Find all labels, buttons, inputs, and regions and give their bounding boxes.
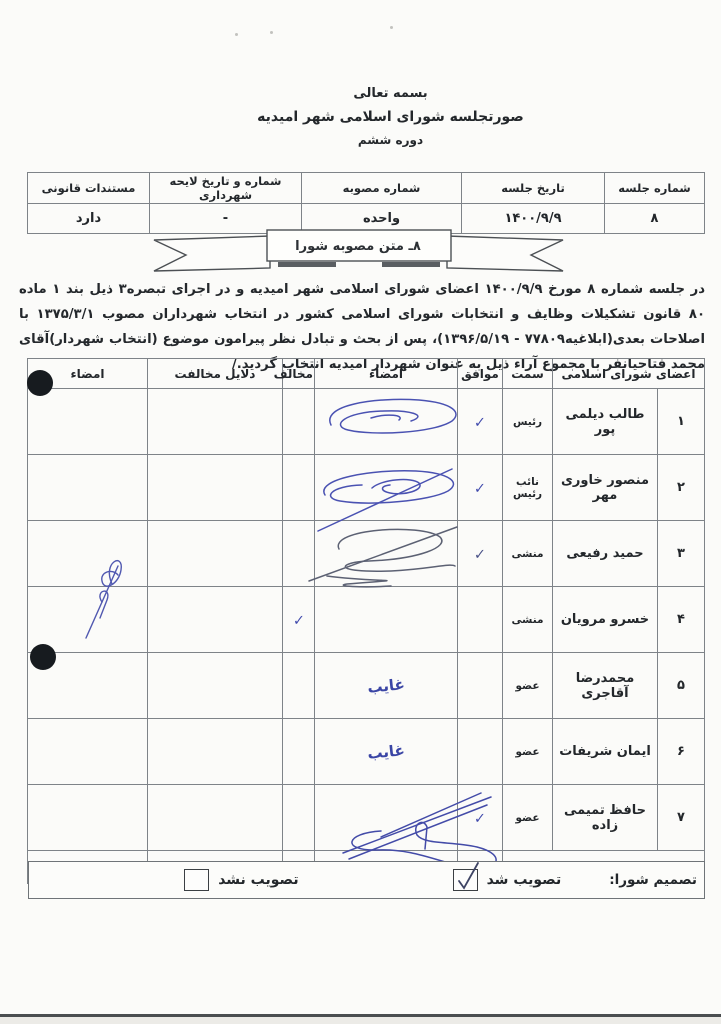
col-header-oppose: مخالف — [283, 359, 315, 389]
scan-speck — [390, 26, 393, 29]
member-role: نائب رئیس — [503, 455, 553, 521]
member-row: ۶ایمان شریفاتعضوغایب — [28, 719, 705, 785]
agree-cell: ✓ — [458, 785, 503, 851]
agree-cell — [458, 587, 503, 653]
member-signature — [313, 393, 463, 443]
oppose-cell: ✓ — [283, 587, 315, 653]
rejected-checkbox — [184, 869, 209, 891]
member-name: ایمان شریفات — [553, 719, 658, 785]
signature2-cell — [28, 785, 148, 851]
scan-speck — [235, 33, 238, 36]
signature2-cell — [28, 719, 148, 785]
agree-cell: ✓ — [458, 389, 503, 455]
signature-cell — [315, 785, 458, 851]
signature-khosrow-marvian — [72, 544, 144, 642]
signature-cell — [315, 587, 458, 653]
agree-cell: ✓ — [458, 455, 503, 521]
opposition-reasons-cell — [148, 653, 283, 719]
opposition-reasons-cell — [148, 389, 283, 455]
agree-checkmark: ✓ — [474, 547, 486, 564]
opposition-reasons-cell — [148, 587, 283, 653]
agree-checkmark: ✓ — [474, 481, 486, 498]
member-name: حمید رفیعی — [553, 521, 658, 587]
member-role: عضو — [503, 785, 553, 851]
info-value-legal-documents: دارد — [28, 204, 150, 234]
oppose-cell — [283, 653, 315, 719]
page-title: صورتجلسه شورای اسلامی شهر امیدیه — [60, 109, 721, 125]
session-info-table: شماره جلسه تاریخ جلسه شماره مصوبه شماره … — [27, 172, 705, 234]
opposition-reasons-cell — [148, 455, 283, 521]
col-header-members: اعضای شورای اسلامی — [553, 359, 705, 389]
member-name: حافظ تمیمی زاده — [553, 785, 658, 851]
decision-label: تصمیم شورا: — [609, 872, 697, 888]
members-table-wrap: اعضای شورای اسلامی سمت موافق امضاء مخالف… — [28, 358, 705, 884]
agree-cell: ✓ — [458, 521, 503, 587]
opposition-reasons-cell — [148, 521, 283, 587]
member-row: ۱طالب دیلمی پوررئیس✓ — [28, 389, 705, 455]
opposition-reasons-cell — [148, 719, 283, 785]
member-number: ۶ — [658, 719, 705, 785]
member-role: رئیس — [503, 389, 553, 455]
opposition-reasons-cell — [148, 785, 283, 851]
member-role: منشی — [503, 587, 553, 653]
approved-label: تصویب شد — [487, 872, 562, 888]
oppose-cell — [283, 785, 315, 851]
member-signature — [299, 521, 461, 587]
member-name: محمدرضا آقاجری — [553, 653, 658, 719]
signature-cell: غایب — [315, 719, 458, 785]
scan-edge-shadow — [0, 1017, 721, 1024]
signature2-cell — [28, 389, 148, 455]
member-row: ۷حافظ تمیمی زادهعضو✓ — [28, 785, 705, 851]
signature-cell — [315, 389, 458, 455]
document-header: بسمه تعالی صورتجلسه شورای اسلامی شهر امی… — [60, 86, 721, 147]
member-number: ۲ — [658, 455, 705, 521]
approved-checkbox — [453, 869, 478, 891]
member-role: عضو — [503, 719, 553, 785]
col-header-agree: موافق — [458, 359, 503, 389]
member-role: عضو — [503, 653, 553, 719]
oppose-cell — [283, 389, 315, 455]
ribbon-banner: ۸ـ متن مصوبه شورا — [150, 227, 567, 273]
signature-cell — [315, 455, 458, 521]
signature2-cell — [28, 455, 148, 521]
oppose-cell — [283, 455, 315, 521]
member-row: ۵محمدرضا آقاجریعضوغایب — [28, 653, 705, 719]
oppose-cell — [283, 521, 315, 587]
member-number: ۱ — [658, 389, 705, 455]
rejected-option: تصویب نشد — [184, 869, 298, 891]
rejected-label: تصویب نشد — [218, 872, 298, 888]
info-header-session-number: شماره جلسه — [605, 173, 705, 204]
agree-checkmark: ✓ — [474, 811, 486, 828]
member-role: منشی — [503, 521, 553, 587]
agree-cell — [458, 719, 503, 785]
agree-checkmark: ✓ — [474, 415, 486, 432]
member-name: طالب دیلمی پور — [553, 389, 658, 455]
banner-label: ۸ـ متن مصوبه شورا — [266, 232, 450, 260]
info-value-session-number: ۸ — [605, 204, 705, 234]
decision-box: تصمیم شورا: تصویب شد تصویب نشد — [28, 861, 705, 899]
info-header-row: شماره جلسه تاریخ جلسه شماره مصوبه شماره … — [28, 173, 705, 204]
council-term: دوره ششم — [60, 133, 721, 147]
member-name: منصور خاوری مهر — [553, 455, 658, 521]
member-number: ۴ — [658, 587, 705, 653]
col-header-opposition-reasons: دلایل مخالفت — [148, 359, 283, 389]
approved-option: تصویب شد — [453, 869, 562, 891]
info-header-legal-documents: مستندات قانونی — [28, 173, 150, 204]
signature-cell — [315, 521, 458, 587]
info-header-session-date: تاریخ جلسه — [462, 173, 605, 204]
member-number: ۷ — [658, 785, 705, 851]
oppose-cell — [283, 719, 315, 785]
hole-punch-top — [27, 370, 53, 396]
scan-speck — [270, 31, 273, 34]
member-row: ۲منصور خاوری مهرنائب رئیس✓ — [28, 455, 705, 521]
agree-cell — [458, 653, 503, 719]
hole-punch-bottom — [30, 644, 56, 670]
members-header-row: اعضای شورای اسلامی سمت موافق امضاء مخالف… — [28, 359, 705, 389]
absent-note: غایب — [312, 712, 460, 791]
scanned-document-page: بسمه تعالی صورتجلسه شورای اسلامی شهر امی… — [0, 0, 721, 1024]
col-header-signature: امضاء — [315, 359, 458, 389]
member-number: ۵ — [658, 653, 705, 719]
member-name: خسرو مرویان — [553, 587, 658, 653]
approved-checkmark-icon — [452, 857, 482, 893]
bismillah-text: بسمه تعالی — [60, 86, 721, 101]
oppose-checkmark: ✓ — [292, 613, 304, 630]
info-header-resolution-number: شماره مصوبه — [302, 173, 462, 204]
col-header-role: سمت — [503, 359, 553, 389]
member-number: ۳ — [658, 521, 705, 587]
info-header-bill-number-date: شماره و تاریخ لایحه شهرداری — [150, 173, 302, 204]
signature-cell: غایب — [315, 653, 458, 719]
